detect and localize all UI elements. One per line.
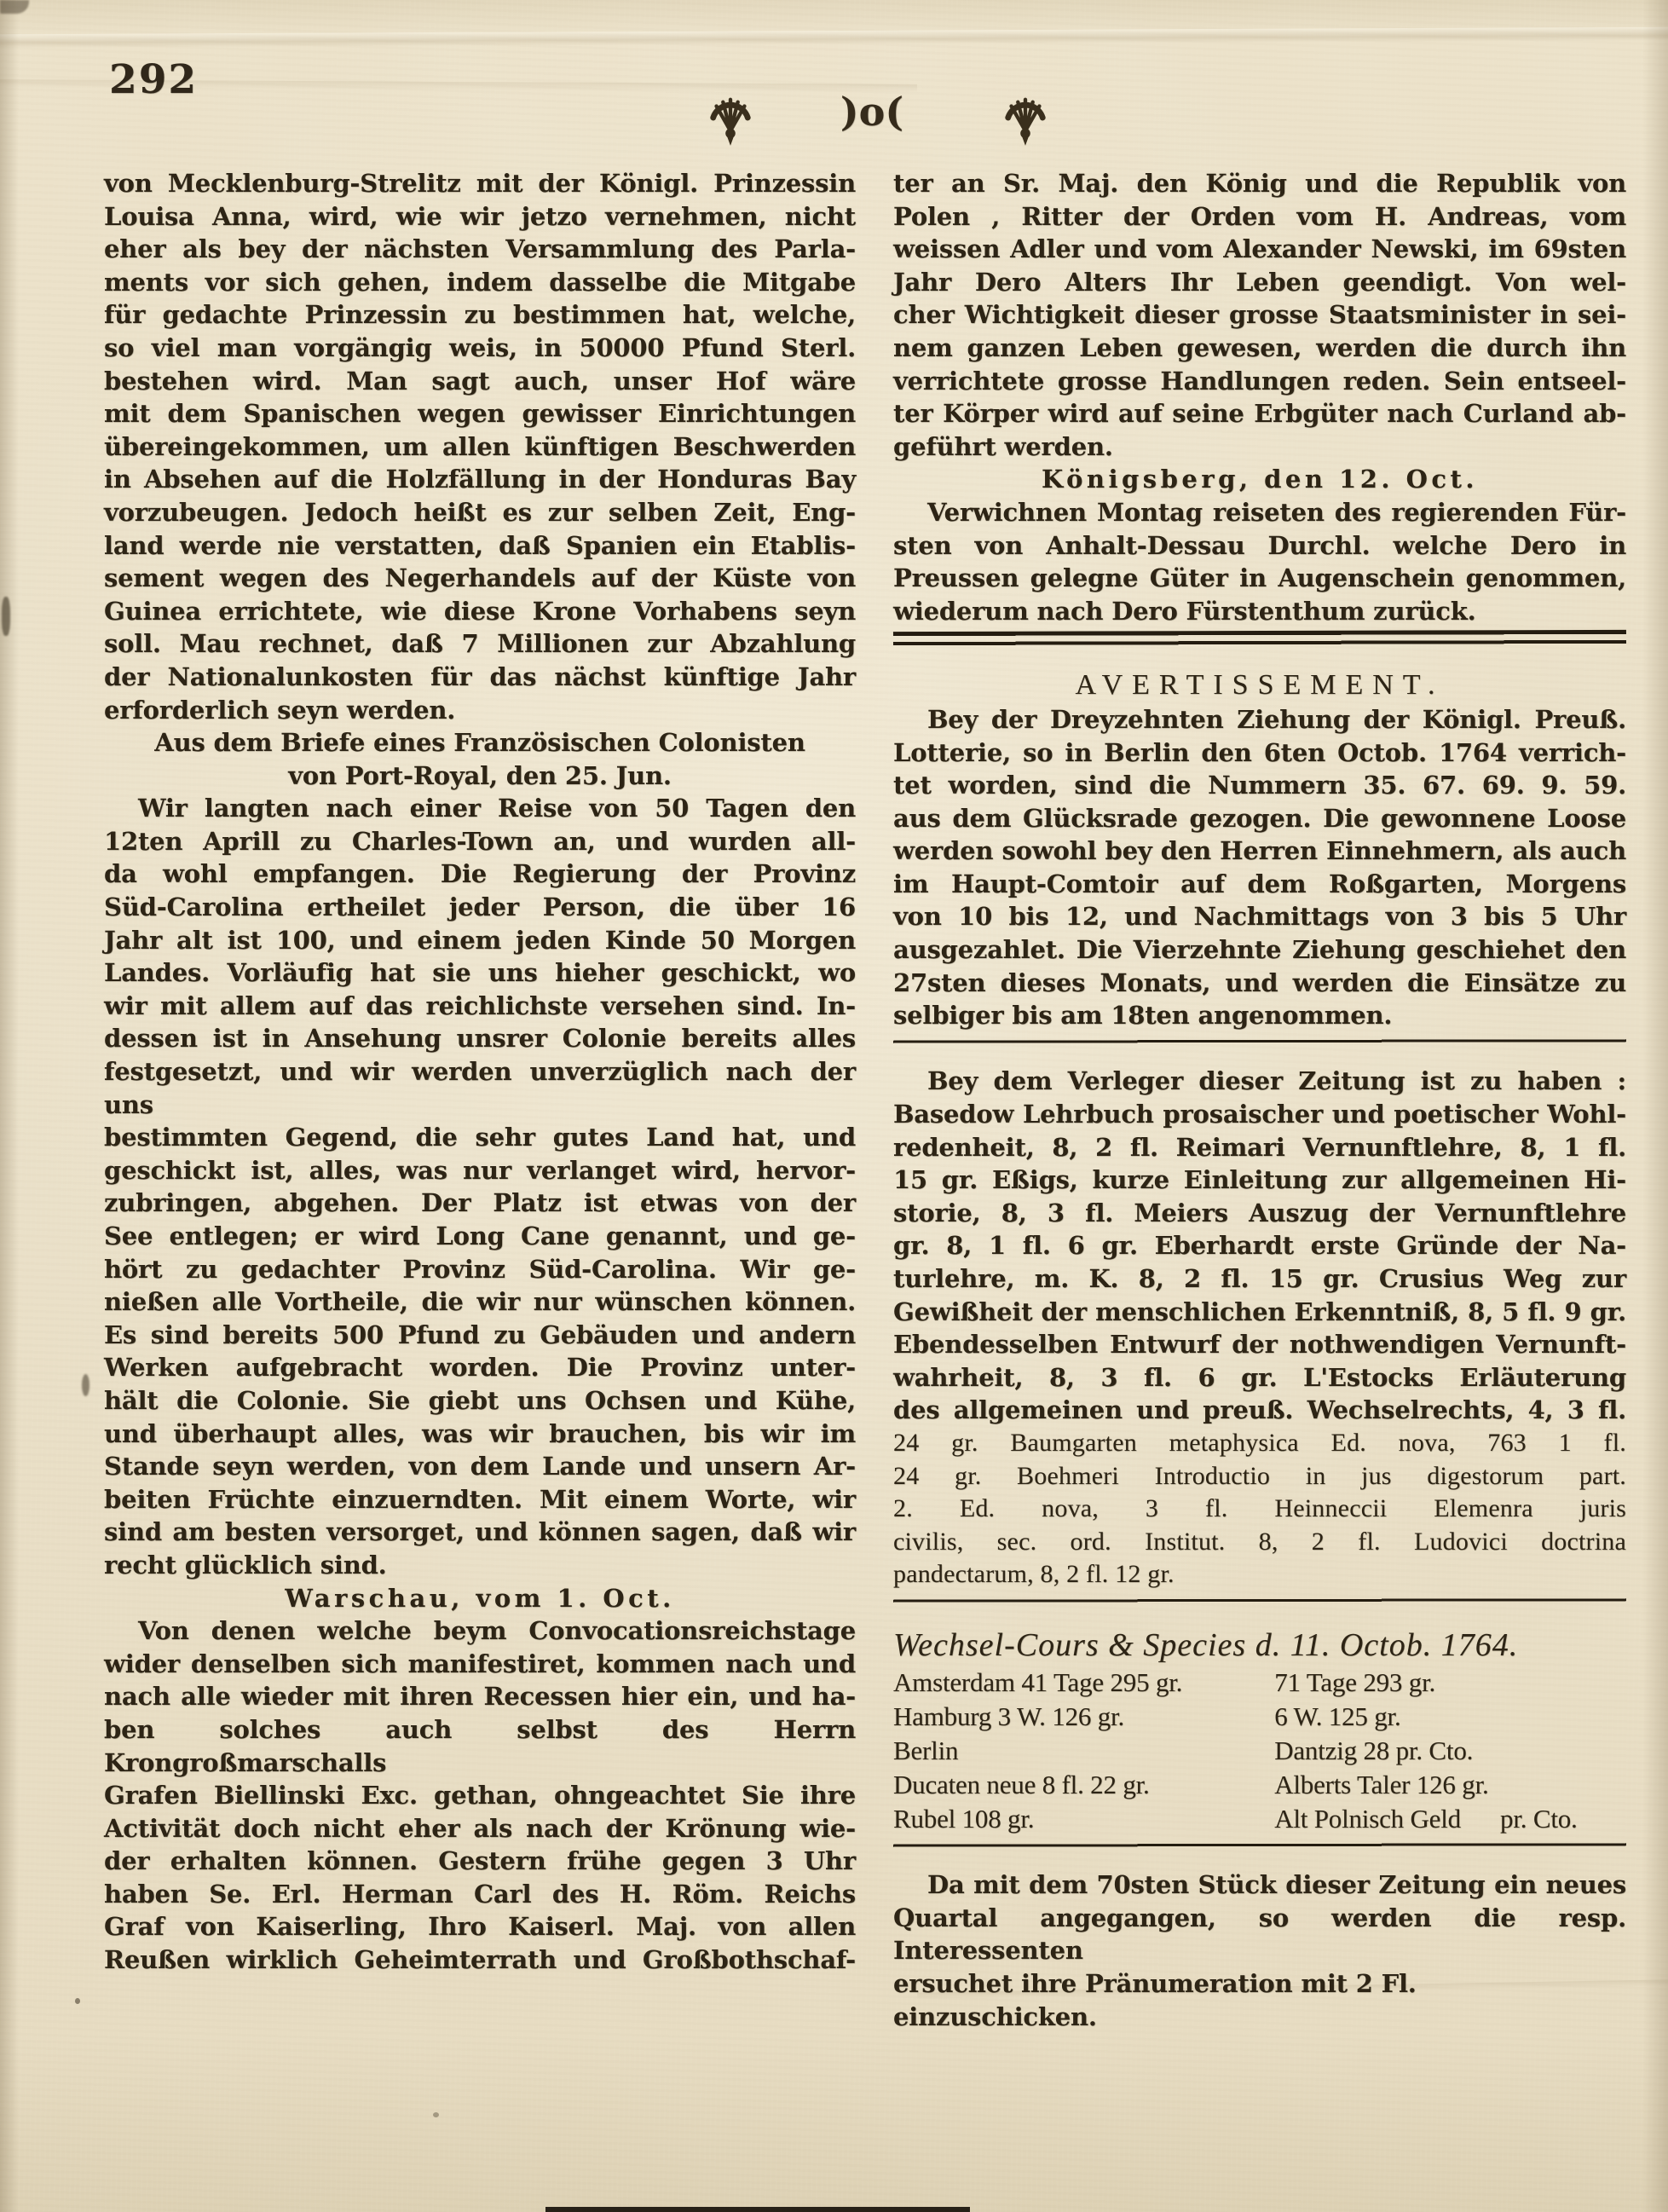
text-line: für gedachte Prinzessin zu bestimmen hat… <box>104 298 856 332</box>
right-column: ter an Sr. Maj. den König und die Republ… <box>893 167 1626 2033</box>
single-rule <box>893 1591 1626 1625</box>
text-line: Lotterie, so in Berlin den 6ten Octob. 1… <box>893 736 1626 770</box>
single-rule <box>893 1835 1626 1869</box>
text-line: Graf von Kaiserling, Ihro Kaiserl. Maj. … <box>104 1910 856 1943</box>
text-line: Stande seyn werden, von dem Lande und un… <box>104 1450 856 1483</box>
text-line: Bey dem Verleger dieser Zeitung ist zu h… <box>893 1065 1626 1098</box>
exchange-cell: Alt Polnisch Geld pr. Cto. <box>1274 1802 1626 1836</box>
text-line: nach alle wieder mit ihren Recessen hier… <box>104 1680 856 1713</box>
text-line: See entlegen; er wird Long Cane genannt,… <box>104 1220 856 1253</box>
text-line: Süd-Carolina ertheilet jeder Person, die… <box>104 891 856 924</box>
text-line: geschickt ist, alles, was nur verlanget … <box>104 1154 856 1187</box>
shell-ornament-icon <box>706 90 755 148</box>
text-line: eher als bey der nächsten Versammlung de… <box>104 233 856 266</box>
exchange-cell: Amsterdam 41 Tage 295 gr. <box>893 1666 1274 1700</box>
exchange-cell: Rubel 108 gr. <box>893 1802 1274 1836</box>
ink-speck <box>2 597 10 636</box>
page-edge-shadow <box>0 0 19 2212</box>
text-line: tet worden, sind die Nummern 35. 67. 69.… <box>893 769 1626 802</box>
text-line: ausgezahlet. Die Vierzehnte Ziehung gesc… <box>893 933 1626 967</box>
text-line: Basedow Lehrbuch prosaischer und poetisc… <box>893 1098 1626 1131</box>
text-line: erforderlich seyn werden. <box>104 694 856 727</box>
text-line: so viel man vorgängig weis, in 50000 Pfu… <box>104 332 856 365</box>
exchange-heading: Wechsel-Cours & Species d. 11. Octob. 17… <box>893 1625 1626 1666</box>
text-line: von Mecklenburg-Strelitz mit der Königl.… <box>104 167 856 200</box>
text-line: vorzubeugen. Jedoch heißt es zur selben … <box>104 496 856 529</box>
text-line: recht glücklich sind. <box>104 1549 856 1582</box>
text-line: zubringen, abgehen. Der Platz ist etwas … <box>104 1187 856 1220</box>
text-line: wir mit allem auf das reichlichste verse… <box>104 990 856 1023</box>
text-line: geführt werden. <box>893 430 1626 464</box>
letter-heading: Aus dem Briefe eines Französischen Colon… <box>104 726 856 759</box>
text-line: 12ten Aprill zu Charles-Town an, und wur… <box>104 825 856 858</box>
ink-speck <box>75 1998 80 2004</box>
text-line: verrichtete grosse Handlungen reden. Sei… <box>893 365 1626 398</box>
dateline-heading: Königsberg, den 12. Oct. <box>893 463 1626 496</box>
text-line: der erhalten können. Gestern frühe gegen… <box>104 1845 856 1878</box>
text-line: Verwichnen Montag reiseten des regierend… <box>893 496 1626 529</box>
text-line: ben solches auch selbst des Herrn Krongr… <box>104 1713 856 1779</box>
exchange-cell: Hamburg 3 W. 126 gr. <box>893 1700 1274 1734</box>
text-line: sement wegen des Negerhandels auf der Kü… <box>104 562 856 595</box>
text-line: 2. Ed. nova, 3 fl. Heinneccii Elemenra j… <box>893 1493 1626 1526</box>
exchange-row: BerlinDantzig 28 pr. Cto. <box>893 1734 1626 1768</box>
exchange-cell: Berlin <box>893 1734 1274 1768</box>
text-line: Polen , Ritter der Orden vom H. Andreas,… <box>893 200 1626 234</box>
text-line: Jahr alt ist 100, und einem jeden Kinde … <box>104 924 856 957</box>
exchange-row: Ducaten neue 8 fl. 22 gr.Alberts Taler 1… <box>893 1768 1626 1802</box>
text-line: land werde nie verstatten, daß Spanien e… <box>104 529 856 563</box>
exchange-cell: 6 W. 125 gr. <box>1274 1700 1626 1734</box>
shell-ornament-icon <box>1001 90 1050 148</box>
text-line: 24 gr. Boehmeri Introductio in jus diges… <box>893 1460 1626 1493</box>
text-line: des allgemeinen und preuß. Wechselrechts… <box>893 1394 1626 1427</box>
text-line: cher Wichtigkeit dieser grosse Staatsmin… <box>893 298 1626 332</box>
text-line: sten von Anhalt-Dessau Durchl. welche De… <box>893 529 1626 563</box>
ink-speck <box>82 1374 89 1396</box>
text-line: Reußen wirklich Geheimterrath und Großbo… <box>104 1943 856 1977</box>
text-line: ersuchet ihre Pränumeration mit 2 Fl. ei… <box>893 1967 1626 2033</box>
page-edge-shadow <box>1642 0 1668 2212</box>
text-line: ter an Sr. Maj. den König und die Republ… <box>893 167 1626 200</box>
text-line: storie, 8, 3 fl. Meiers Auszug der Vernu… <box>893 1197 1626 1230</box>
text-line: Landes. Vorläufig hat sie uns hieher ges… <box>104 956 856 990</box>
text-line: da wohl empfangen. Die Regierung der Pro… <box>104 858 856 891</box>
double-rule <box>893 630 1626 665</box>
ink-speck <box>433 2112 439 2117</box>
text-line: redenheit, 8, 2 fl. Reimari Vernunftlehr… <box>893 1131 1626 1164</box>
text-line: civilis, sec. ord. Institut. 8, 2 fl. Lu… <box>893 1526 1626 1559</box>
text-line: Quartal angegangen, so werden die resp. … <box>893 1902 1626 1967</box>
text-line: beiten Früchte einzuerndten. Mit einem W… <box>104 1483 856 1516</box>
text-line: weissen Adler und vom Alexander Newski, … <box>893 233 1626 266</box>
text-line: Bey der Dreyzehnten Ziehung der Königl. … <box>893 703 1626 736</box>
exchange-cell: Dantzig 28 pr. Cto. <box>1274 1734 1626 1768</box>
scan-edge-mark <box>545 2207 970 2212</box>
text-line: soll. Mau rechnet, daß 7 Millionen zur A… <box>104 627 856 661</box>
text-line: wahrheit, 8, 3 fl. 6 gr. L'Estocks Erläu… <box>893 1361 1626 1395</box>
text-line: und überhaupt alles, was wir brauchen, b… <box>104 1418 856 1451</box>
text-line: aus dem Glücksrade gezogen. Die gewonnen… <box>893 802 1626 835</box>
newspaper-page: 292 )o( von Mecklenburg-Strelitz mit der… <box>0 0 1668 2212</box>
exchange-cell: Ducaten neue 8 fl. 22 gr. <box>893 1768 1274 1802</box>
ink-smudge <box>0 0 29 14</box>
letter-subheading: von Port-Royal, den 25. Jun. <box>104 759 856 793</box>
page-number: 292 <box>109 56 198 103</box>
text-line: dessen ist in Ansehung unsrer Colonie be… <box>104 1022 856 1055</box>
text-line: pandectarum, 8, 2 fl. 12 gr. <box>893 1558 1626 1591</box>
text-line: hört zu gedachter Provinz Süd-Carolina. … <box>104 1253 856 1286</box>
text-line: Da mit dem 70sten Stück dieser Zeitung e… <box>893 1868 1626 1902</box>
avertissement-heading: AVERTISSEMENT. <box>893 667 1626 703</box>
text-line: Werken aufgebracht worden. Die Provinz u… <box>104 1351 856 1384</box>
text-line: nem ganzen Leben gewesen, werden die dur… <box>893 332 1626 365</box>
text-line: Ebendesselben Entwurf der nothwendigen V… <box>893 1328 1626 1361</box>
text-line: von 10 bis 12, und Nachmittags von 3 bis… <box>893 900 1626 933</box>
text-line: Wir langten nach einer Reise von 50 Tage… <box>104 792 856 825</box>
text-line: 24 gr. Baumgarten metaphysica Ed. nova, … <box>893 1427 1626 1460</box>
text-line: ter Körper wird auf seine Erbgüter nach … <box>893 397 1626 430</box>
text-line: hält die Colonie. Sie giebt uns Ochsen u… <box>104 1384 856 1418</box>
text-line: Jahr Dero Alters Ihr Leben geendigt. Von… <box>893 266 1626 299</box>
single-rule <box>893 1031 1626 1066</box>
text-line: wiederum nach Dero Fürstenthum zurück. <box>893 595 1626 628</box>
text-line: Grafen Biellinski Exc. gethan, ohngeacht… <box>104 1779 856 1812</box>
text-line: 15 gr. Eßigs, kurze Einleitung zur allge… <box>893 1164 1626 1197</box>
text-line: gr. 8, 1 fl. 6 gr. Eberhardt erste Gründ… <box>893 1229 1626 1262</box>
text-line: sind am besten versorget, und können sag… <box>104 1516 856 1549</box>
header-separator: )o( <box>834 89 910 135</box>
text-line: haben Se. Erl. Herman Carl des H. Röm. R… <box>104 1878 856 1911</box>
text-line: festgesetzt, und wir werden unverzüglich… <box>104 1055 856 1121</box>
text-line: wider denselben sich manifestiret, komme… <box>104 1648 856 1681</box>
text-line: ments vor sich gehen, indem dasselbe die… <box>104 266 856 299</box>
exchange-row: Amsterdam 41 Tage 295 gr.71 Tage 293 gr. <box>893 1666 1626 1700</box>
left-column: von Mecklenburg-Strelitz mit der Königl.… <box>104 167 856 1977</box>
text-line: werden sowohl bey den Herren Einnehmern,… <box>893 835 1626 868</box>
exchange-row: Rubel 108 gr.Alt Polnisch Geld pr. Cto. <box>893 1802 1626 1836</box>
text-line: bestimmten Gegend, die sehr gutes Land h… <box>104 1121 856 1154</box>
text-line: im Haupt-Comtoir auf dem Roßgarten, Morg… <box>893 868 1626 901</box>
text-line: Activität doch nicht eher als nach der K… <box>104 1812 856 1845</box>
text-line: Es sind bereits 500 Pfund zu Gebäuden un… <box>104 1319 856 1352</box>
text-line: der Nationalunkosten für das nächst künf… <box>104 661 856 694</box>
text-line: Gewißheit der menschlichen Erkenntniß, 8… <box>893 1296 1626 1329</box>
paper-crease <box>0 27 1668 49</box>
text-line: übereingekommen, um allen künftigen Besc… <box>104 430 856 464</box>
exchange-cell: 71 Tage 293 gr. <box>1274 1666 1626 1700</box>
dateline-heading: Warschau, vom 1. Oct. <box>104 1582 856 1615</box>
text-line: in Absehen auf die Holzfällung in der Ho… <box>104 463 856 496</box>
text-line: Guinea errichtete, wie diese Krone Vorha… <box>104 595 856 628</box>
text-line: Preussen gelegne Güter in Augenschein ge… <box>893 562 1626 595</box>
text-line: Louisa Anna, wird, wie wir jetzo vernehm… <box>104 200 856 234</box>
text-line: selbiger bis am 18ten angenommen. <box>893 999 1626 1032</box>
text-line: 27sten dieses Monats, und werden die Ein… <box>893 967 1626 1000</box>
text-line: Von denen welche beym Convocationsreichs… <box>104 1614 856 1648</box>
exchange-cell: Alberts Taler 126 gr. <box>1274 1768 1626 1802</box>
exchange-row: Hamburg 3 W. 126 gr.6 W. 125 gr. <box>893 1700 1626 1734</box>
text-line: bestehen wird. Man sagt auch, unser Hof … <box>104 365 856 398</box>
text-line: nießen alle Vortheile, die wir nur wünsc… <box>104 1285 856 1319</box>
text-line: mit dem Spanischen wegen gewisser Einric… <box>104 397 856 430</box>
text-line: turlehre, m. K. 8, 2 fl. 15 gr. Crusius … <box>893 1262 1626 1296</box>
